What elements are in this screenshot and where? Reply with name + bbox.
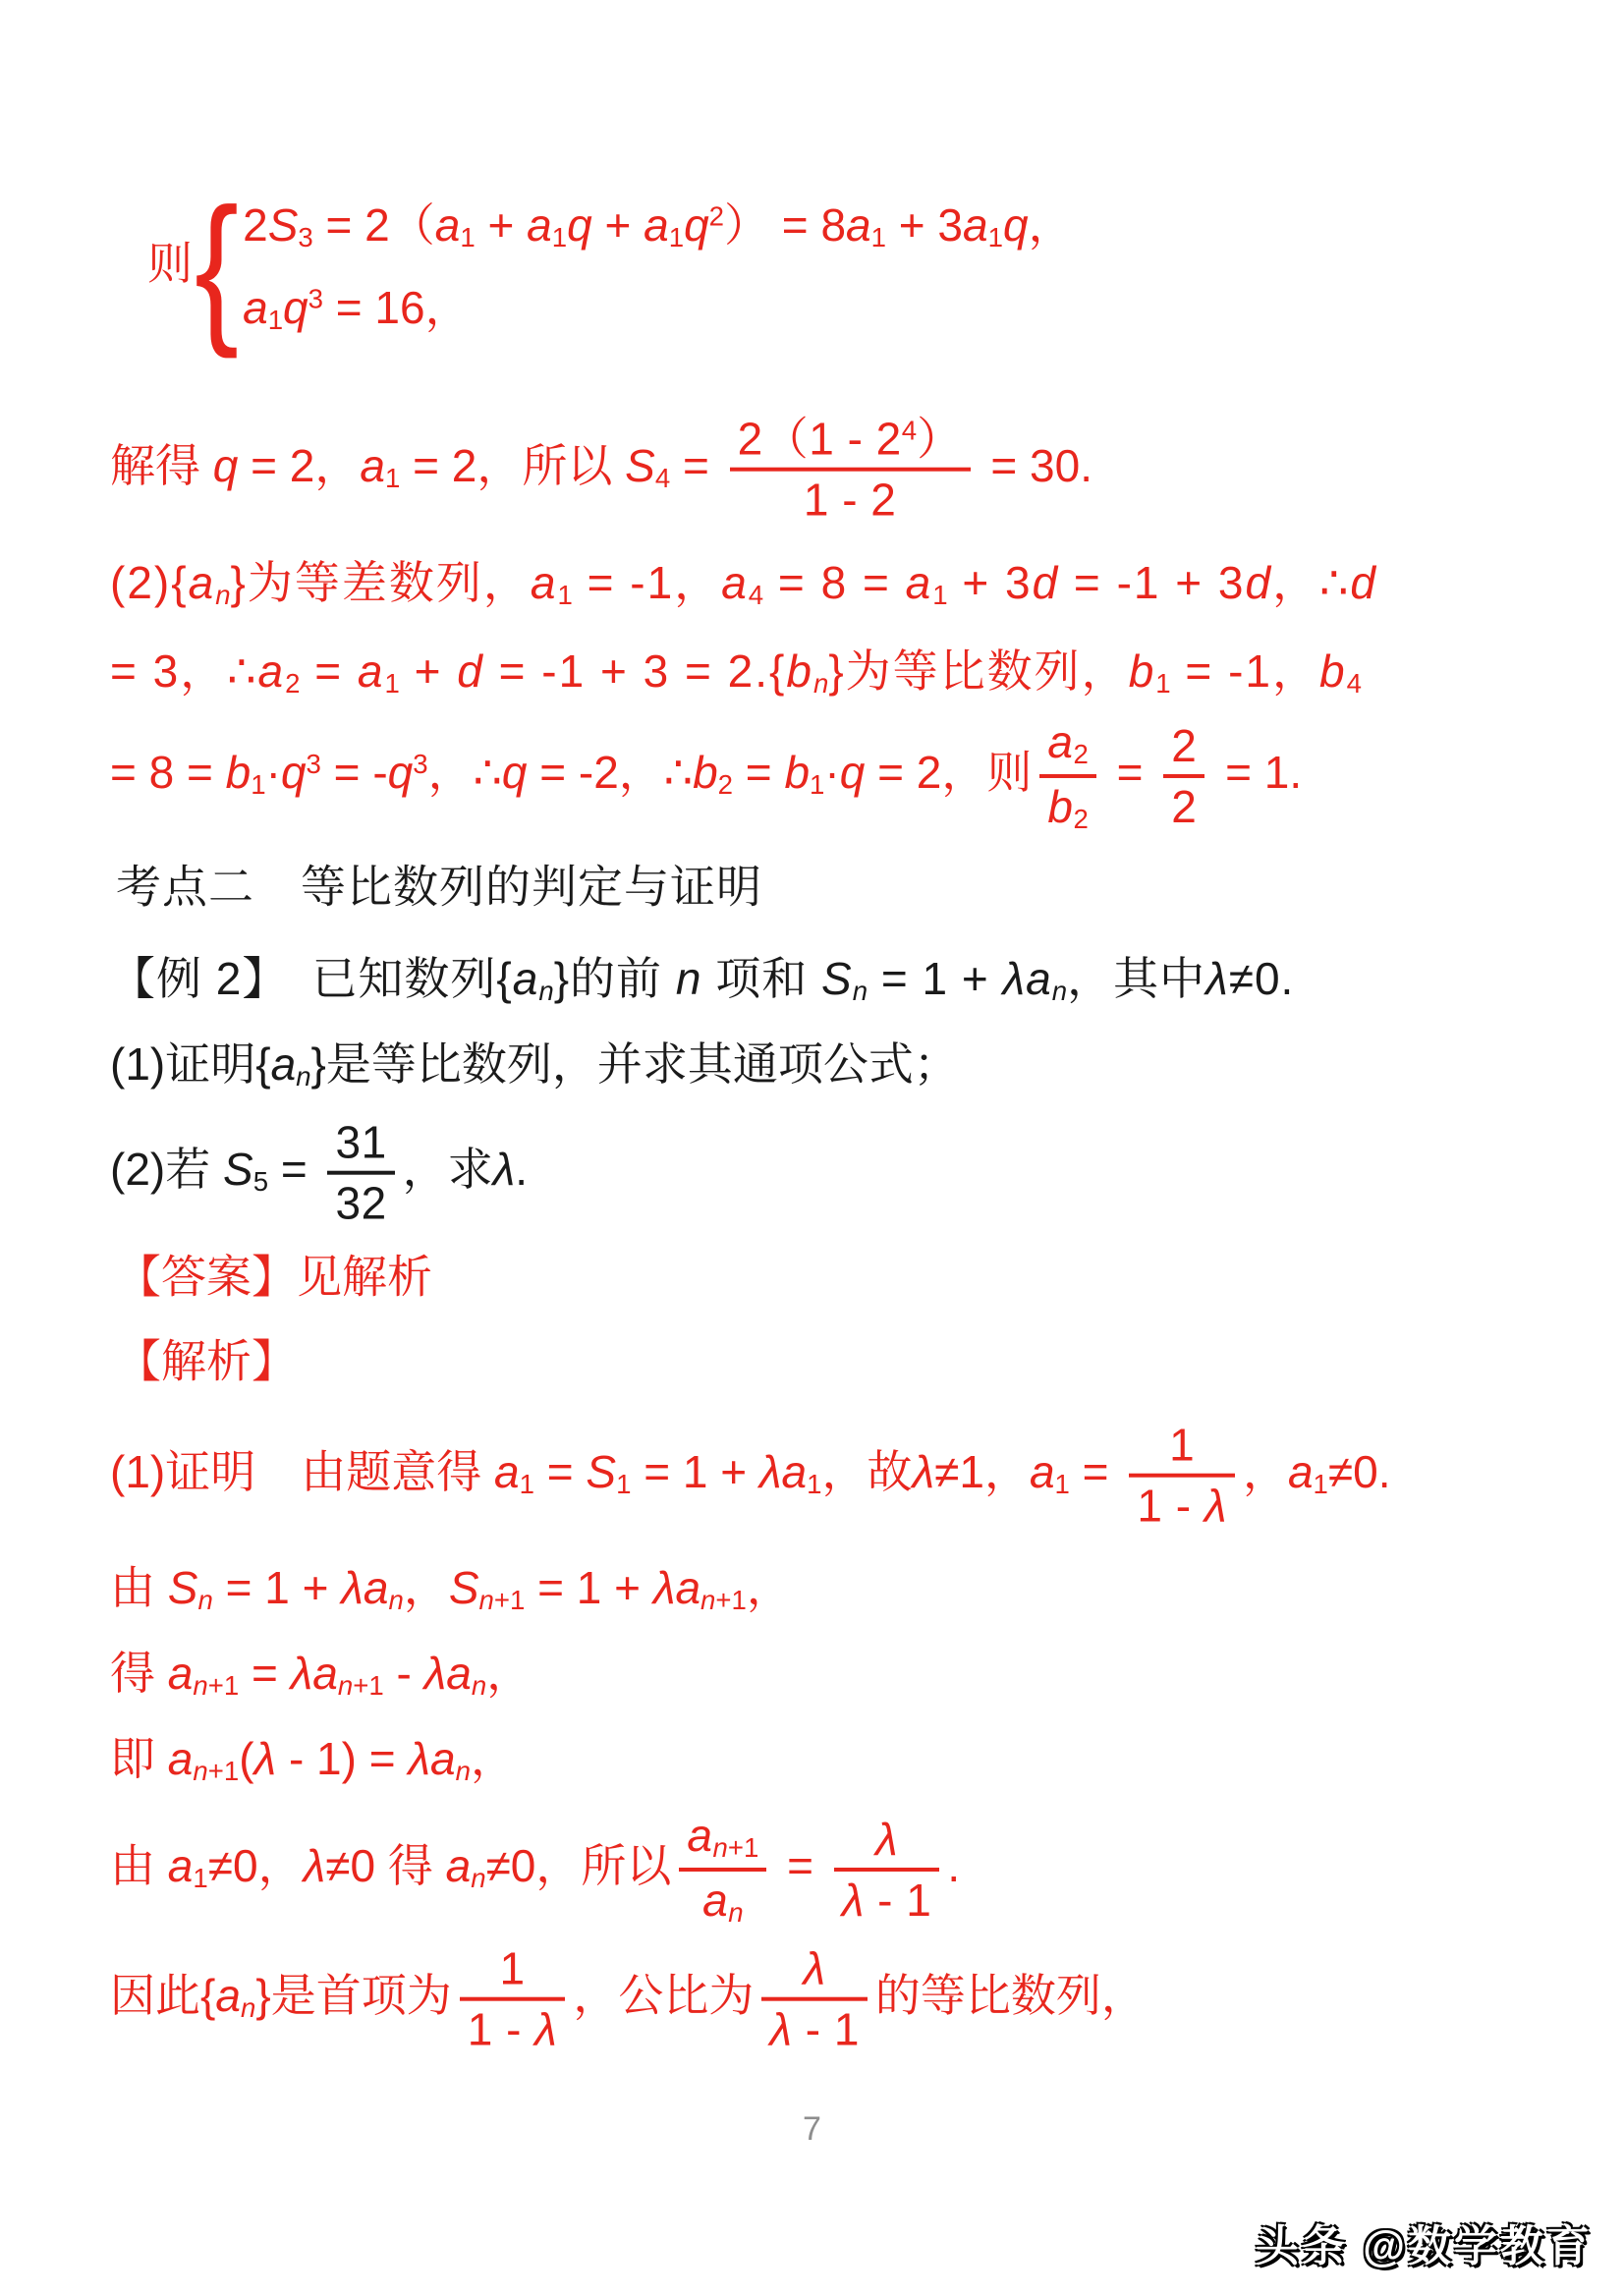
document-line: = 3，∴a2 = a1 + d = -1 + 3 = 2.{bn}为等比数列，…: [110, 644, 1362, 700]
document-line: (2)若 S5 = 3132，求λ.: [110, 1119, 528, 1228]
document-line: 则{2S3 = 2（a1 + a1q + a1q2） = 8a1 + 3a1q，…: [147, 198, 1074, 336]
equation-system: {2S3 = 2（a1 + a1q + a1q2） = 8a1 + 3a1q，a…: [195, 198, 1074, 336]
document-page: 则{2S3 = 2（a1 + a1q + a1q2） = 8a1 + 3a1q，…: [0, 0, 1624, 2296]
fraction: an+1an: [679, 1812, 766, 1928]
fraction: λλ - 1: [834, 1816, 940, 1925]
document-line: 【例 2】 已知数列{an}的前 n 项和 Sn = 1 + λan，其中λ≠0…: [110, 952, 1294, 1007]
system-brace: {: [195, 193, 239, 342]
document-line: (1)证明 由题意得 a1 = S1 = 1 + λa1，故λ≠1，a1 = 1…: [110, 1422, 1391, 1531]
fraction: 11 - λ: [460, 1945, 566, 2054]
document-line: = 8 = b1·q3 = -q3，∴q = -2，∴b2 = b1·q = 2…: [110, 718, 1302, 834]
document-line: (1)证明{an}是等比数列，并求其通项公式；: [110, 1037, 959, 1092]
fraction: 3132: [327, 1119, 394, 1228]
fraction: 2（1 - 24）1 - 2: [730, 416, 971, 525]
document-line: 由 a1≠0，λ≠0 得 an≠0，所以an+1an = λλ - 1.: [110, 1812, 960, 1928]
fraction: λλ - 1: [761, 1945, 868, 2054]
document-line: (2){an}为等差数列，a1 = -1，a4 = 8 = a1 + 3d = …: [110, 556, 1377, 611]
page-number: 7: [0, 2110, 1624, 2149]
document-line: 解得 q = 2，a1 = 2，所以 S4 = 2（1 - 24）1 - 2 =…: [110, 416, 1092, 525]
document-line: 得 an+1 = λan+1 - λan，: [110, 1647, 532, 1702]
watermark: 头条 @数学教育: [1256, 2211, 1593, 2273]
document-line: 由 Sn = 1 + λan，Sn+1 = 1 + λan+1，: [110, 1561, 792, 1616]
fraction: 11 - λ: [1129, 1422, 1235, 1531]
fraction: 22: [1163, 722, 1204, 831]
document-line: 【解析】: [116, 1334, 297, 1388]
document-line: 即 an+1(λ - 1) = λan，: [110, 1732, 516, 1787]
document-line: 【答案】见解析: [116, 1250, 432, 1304]
section-heading: 考点二 等比数列的判定与证明: [116, 860, 762, 914]
fraction: a2b2: [1039, 718, 1095, 834]
document-line: 因此{an}是首项为11 - λ，公比为λλ - 1的等比数列，: [110, 1945, 1147, 2054]
